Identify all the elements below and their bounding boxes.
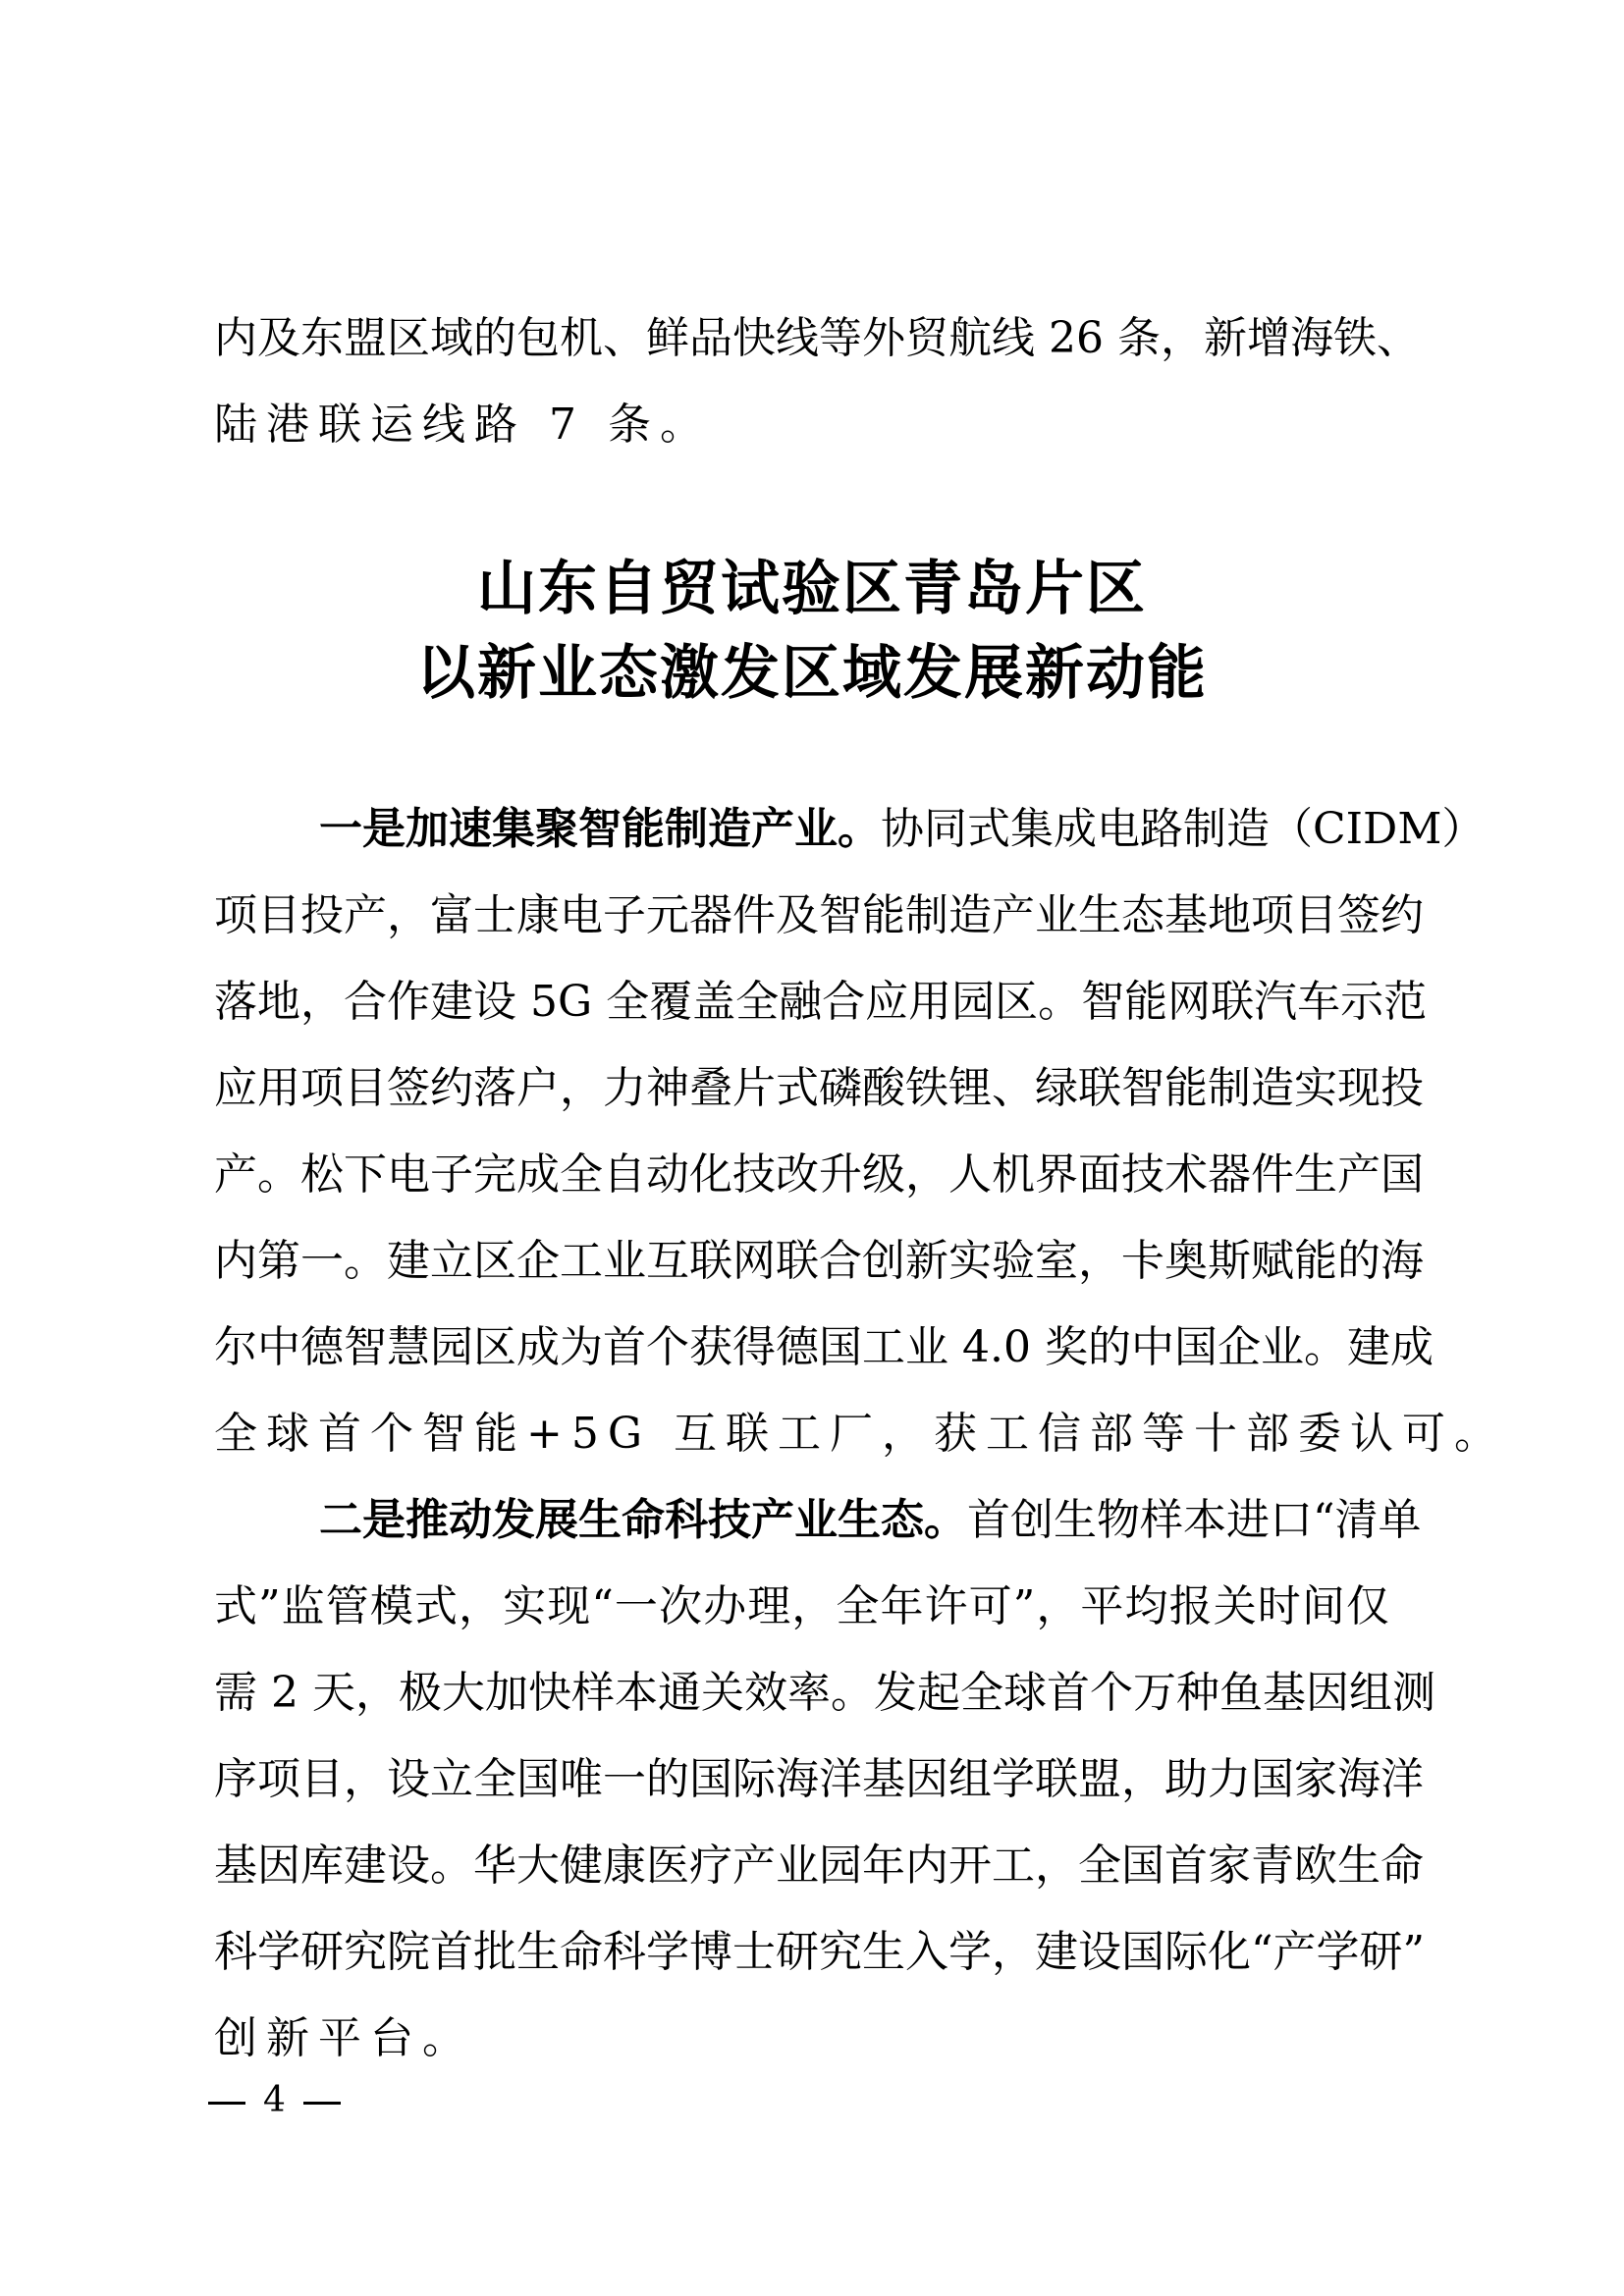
section-1-first-line: 一是加速集聚智能制造产业。协同式集成电路制造（CIDM） bbox=[319, 800, 1389, 859]
footer-dash-left bbox=[208, 2102, 245, 2105]
section-1-heading: 一是加速集聚智能制造产业。 bbox=[319, 804, 881, 854]
document-page: 内及东盟区域的包机、鲜品快线等外贸航线 26 条，新增海铁、 陆港联运线路 7 … bbox=[0, 0, 1624, 2296]
section-2-line: 式”监管模式，实现“一次办理，全年许可”，平均报关时间仅 bbox=[214, 1577, 1389, 1636]
continuation-line-1: 内及东盟区域的包机、鲜品快线等外贸航线 26 条，新增海铁、 bbox=[214, 309, 1389, 368]
section-1-line: 项目投产，富士康电子元器件及智能制造产业生态基地项目签约 bbox=[214, 886, 1389, 945]
section-2-line: 序项目，设立全国唯一的国际海洋基因组学联盟，助力国家海洋 bbox=[214, 1750, 1389, 1809]
section-2-line: 需 2 天，极大加快样本通关效率。发起全球首个万种鱼基因组测 bbox=[214, 1664, 1389, 1723]
section-2-line: 创新平台。 bbox=[214, 2009, 1389, 2068]
section-1-first-line-text: 协同式集成电路制造（CIDM） bbox=[881, 804, 1485, 854]
section-2-first-line-text: 首创生物样本进口“清单 bbox=[967, 1495, 1422, 1545]
page-number: 4 bbox=[263, 2081, 286, 2120]
footer-dash-right bbox=[303, 2102, 341, 2105]
article-title-line-1: 山东自贸试验区青岛片区 bbox=[0, 550, 1624, 628]
section-1-line: 应用项目签约落户，力神叠片式磷酸铁锂、绿联智能制造实现投 bbox=[214, 1059, 1389, 1118]
page-footer: 4 bbox=[208, 2081, 341, 2120]
section-2-first-line: 二是推动发展生命科技产业生态。首创生物样本进口“清单 bbox=[319, 1491, 1389, 1550]
article-title-line-2: 以新业态激发区域发展新动能 bbox=[0, 634, 1624, 713]
section-2-line: 基因库建设。华大健康医疗产业园年内开工，全国首家青欧生命 bbox=[214, 1837, 1389, 1896]
section-2-line: 科学研究院首批生命科学博士研究生入学，建设国际化“产学研” bbox=[214, 1923, 1389, 1982]
section-1-line: 产。松下电子完成全自动化技改升级，人机界面技术器件生产国 bbox=[214, 1146, 1389, 1204]
section-1-line: 落地，合作建设 5G 全覆盖全融合应用园区。智能网联汽车示范 bbox=[214, 973, 1389, 1032]
section-2-heading: 二是推动发展生命科技产业生态。 bbox=[319, 1495, 967, 1545]
section-1-line: 尔中德智慧园区成为首个获得德国工业 4.0 奖的中国企业。建成 bbox=[214, 1318, 1389, 1377]
continuation-line-2: 陆港联运线路 7 条。 bbox=[214, 396, 1389, 454]
section-1-line: 全球首个智能+5G 互联工厂，获工信部等十部委认可。 bbox=[214, 1405, 1389, 1464]
section-1-line: 内第一。建立区企工业互联网联合创新实验室，卡奥斯赋能的海 bbox=[214, 1232, 1389, 1291]
